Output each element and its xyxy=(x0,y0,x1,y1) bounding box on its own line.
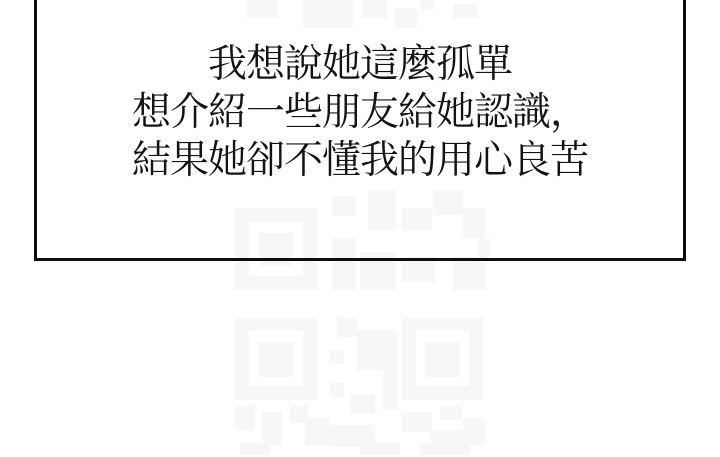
qr-watermark-block xyxy=(383,345,397,410)
narration-text: 我想說她這麼孤單 想介紹一些朋友給她認識， 結果她卻不懂我的用心良苦 xyxy=(0,41,720,185)
qr-watermark-block xyxy=(337,317,357,337)
narration-line-3: 結果她卻不懂我的用心良苦 xyxy=(0,137,720,185)
qr-watermark-block xyxy=(360,443,400,455)
qr-watermark-block xyxy=(330,383,344,397)
qr-watermark-block xyxy=(350,395,375,413)
comic-panel: 我想說她這麼孤單 想介紹一些朋友給她認識， 結果她卻不懂我的用心良苦 xyxy=(0,0,720,457)
narration-line-1: 我想說她這麼孤單 xyxy=(0,41,720,89)
qr-watermark-block xyxy=(402,412,432,432)
qr-watermark-block xyxy=(259,342,293,377)
qr-watermark-block xyxy=(240,443,270,455)
narration-line-2: 想介紹一些朋友給她認識， xyxy=(0,89,720,137)
qr-watermark-block xyxy=(425,342,460,377)
qr-watermark-block xyxy=(305,418,330,445)
qr-watermark-block xyxy=(440,405,462,420)
qr-watermark-block xyxy=(330,350,344,364)
qr-watermark-block xyxy=(453,257,485,290)
qr-watermark-block xyxy=(262,412,282,445)
qr-watermark-block xyxy=(463,418,485,445)
qr-watermark-block xyxy=(420,443,470,455)
qr-watermark-block xyxy=(235,405,255,430)
